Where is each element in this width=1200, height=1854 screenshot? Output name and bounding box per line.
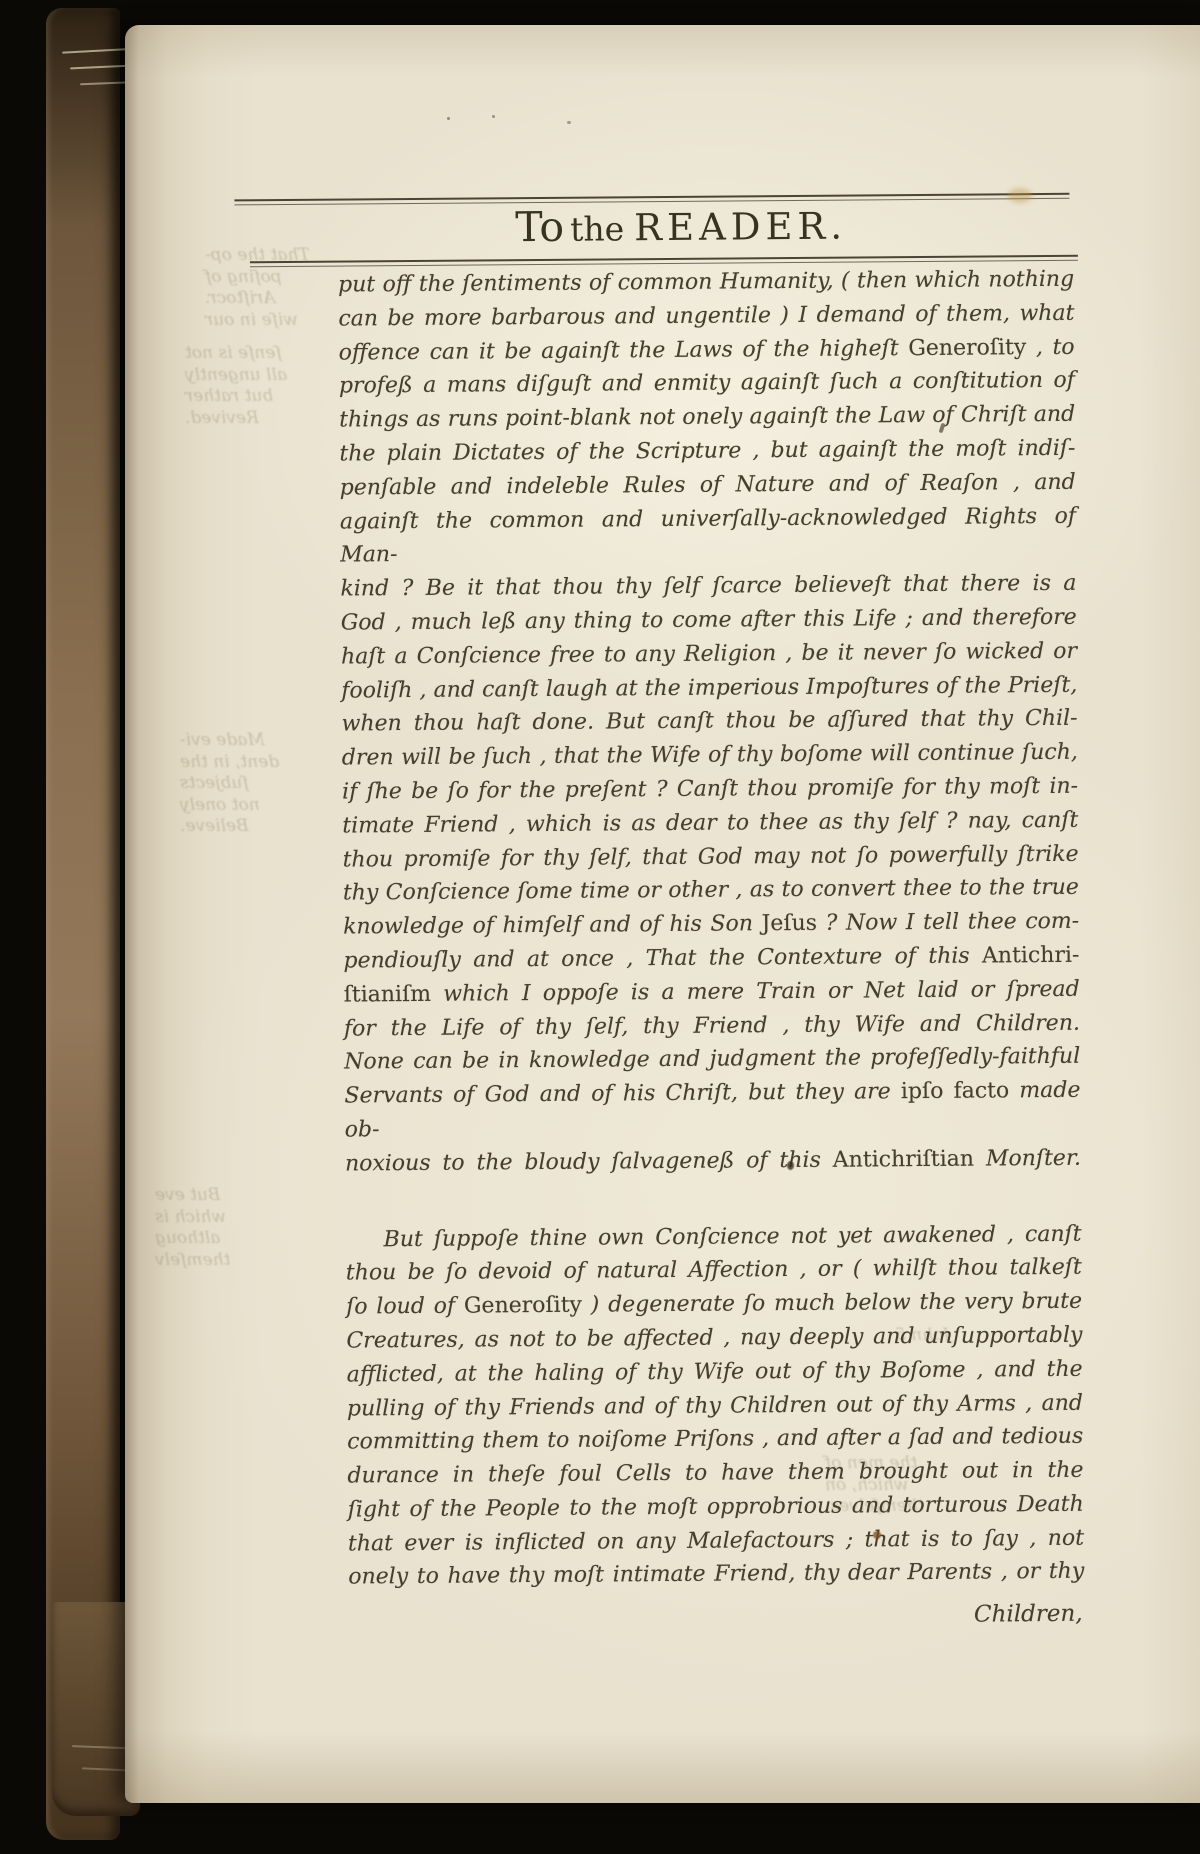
text-line: penſable and indeleble Rules of Nature a… — [340, 466, 1076, 506]
title-word-to: To — [515, 203, 564, 251]
ink-speck — [447, 117, 450, 120]
text-line: thou promiſe for thy ſelf, that God may … — [343, 837, 1079, 877]
book-cover-edge — [46, 8, 120, 1840]
page-content: TotheREADER. put off the ſentiments of c… — [118, 21, 1200, 1807]
text-line: fooliſh , and canſt laugh at the imperio… — [341, 668, 1077, 708]
text-line: haſt a Conſcience free to any Religion ,… — [341, 635, 1077, 675]
text-line: But ſuppoſe thine own Conſcience not yet… — [345, 1217, 1081, 1257]
text-line: for the Life of thy ſelf, thy Friend , t… — [344, 1006, 1080, 1046]
text-line: againſt the common and univerſally-ackno… — [340, 499, 1077, 572]
text-line: when thou haſt done. But canſt thou be a… — [341, 702, 1077, 742]
title-word-reader: READER. — [634, 205, 847, 250]
text-line: things as runs point-blank not onely aga… — [339, 398, 1075, 438]
ink-speck — [492, 115, 495, 118]
title-word-the: the — [570, 209, 624, 248]
text-line: ſight of the People to the moſt opprobri… — [348, 1488, 1084, 1528]
book-page: That the op-poſing ofAriſtocr.wiſe in ou… — [125, 25, 1200, 1803]
text-line: durance in theſe foul Cells to have them… — [347, 1454, 1083, 1494]
ink-speck — [567, 121, 571, 124]
text-line: offence can it be againſt the Laws of th… — [339, 330, 1075, 370]
text-line: ſtianiſm which I oppoſe is a mere Train … — [344, 972, 1080, 1012]
text-line: pendiouſly and at once , That the Contex… — [343, 939, 1079, 979]
text-line: profeß a mans diſguſt and enmity againſt… — [339, 364, 1075, 404]
paragraph: But ſuppoſe thine own Conſcience not yet… — [345, 1217, 1084, 1595]
text-line: if ſhe be ſo for the preſent ? Canſt tho… — [342, 770, 1078, 810]
page-title: TotheREADER. — [263, 199, 1098, 254]
paper-stain — [1008, 188, 1032, 203]
ink-speck — [873, 1531, 881, 1539]
catchword: Children, — [348, 1598, 1084, 1638]
text-line: thou be ſo devoid of natural Affection ,… — [346, 1251, 1082, 1291]
text-line: dren will be ſuch , that the Wife of thy… — [342, 736, 1078, 776]
text-line: thy Conſcience ſome time or other , as t… — [343, 871, 1079, 911]
text-line: put off the ſentiments of common Humanit… — [338, 263, 1074, 303]
paragraph: put off the ſentiments of common Humanit… — [338, 263, 1081, 1181]
body-text: put off the ſentiments of common Humanit… — [338, 263, 1085, 1638]
text-line: Creatures, as not to be affected , nay d… — [346, 1319, 1082, 1359]
text-line: God , much leß any thing to come after t… — [341, 601, 1077, 641]
text-line: that ever is inflicted on any Malefactou… — [348, 1521, 1084, 1561]
text-line: noxious to the bloudy ſalvageneß of this… — [345, 1141, 1081, 1181]
text-line: onely to have thy moſt intimate Friend, … — [348, 1555, 1084, 1595]
text-line: can be more barbarous and ungentile ) I … — [338, 297, 1074, 337]
text-line: knowledge of himſelf and of his Son Jeſu… — [343, 905, 1079, 945]
text-line: committing them to noiſome Priſons , and… — [347, 1420, 1083, 1460]
text-line: kind ? Be it that thou thy ſelf ſcarce b… — [340, 567, 1076, 607]
book-scan: That the op-poſing ofAriſtocr.wiſe in ou… — [0, 0, 1200, 1854]
text-line: timate Friend , which is as dear to thee… — [342, 804, 1078, 844]
ink-speck — [787, 1161, 794, 1170]
text-line: Servants of God and of his Chriſt, but t… — [344, 1074, 1081, 1147]
text-line: ſo loud of Generoſity ) degenerate ſo mu… — [346, 1285, 1082, 1325]
text-line: pulling of thy Friends and of thy Childr… — [347, 1386, 1083, 1426]
text-line: None can be in knowledge and judgment th… — [344, 1040, 1080, 1080]
text-line: afflicted, at the haling of thy Wife out… — [347, 1352, 1083, 1392]
text-line: the plain Dictates of the Scripture , bu… — [339, 432, 1075, 472]
